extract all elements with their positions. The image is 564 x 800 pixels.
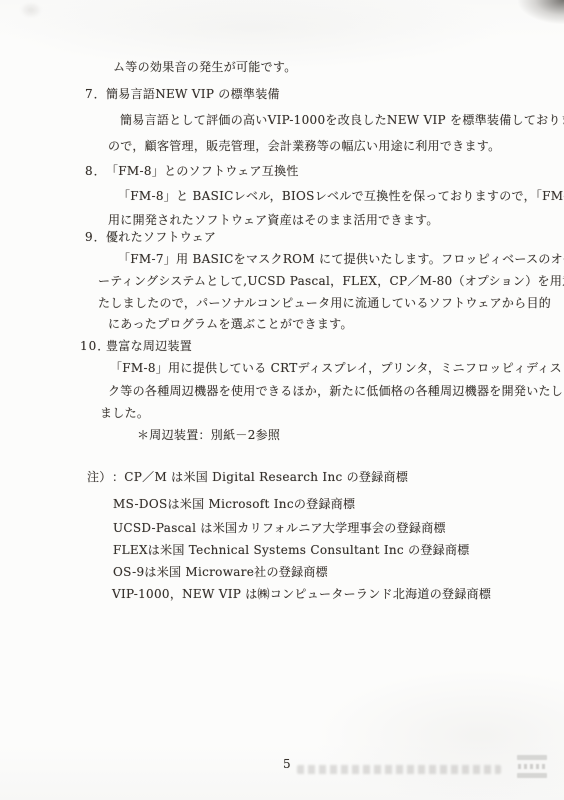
section-9-body-line: 「FM-7」用 BASICをマスクROM にて提供いたします。フロッピィベースの…	[118, 252, 564, 266]
section-8-body-line: 「FM-8」と BASICレベル，BIOSレベルで互換性を保っておりますので，「…	[118, 189, 564, 203]
section-7-number: 7．	[85, 87, 107, 101]
section-7-title: 簡易言語NEW VIP の標準装備	[106, 87, 280, 101]
section-10-body-line: ました。	[100, 406, 149, 420]
peripheral-reference-note: ＊周辺装置：別紙－2参照	[137, 428, 280, 442]
section-9-body-line: ーティングシステムとして,UCSD Pascal，FLEX，CP／M-80（オプ…	[98, 274, 564, 288]
trademark-line: UCSD-Pascal は米国カリフォルニア大学理事会の登録商標	[113, 521, 446, 535]
trademark-line: FLEXは米国 Technical Systems Consultant Inc…	[113, 543, 470, 557]
stamp-text-row	[518, 764, 546, 769]
trademark-line: MS-DOSは米国 Microsoft Incの登録商標	[113, 497, 355, 511]
section-7-body-line: ので，顧客管理，販売管理，会計業務等の幅広い用途に利用できます。	[108, 139, 500, 153]
section-10-body-line: 「FM-8」用に提供している CRTディスプレイ，プリンタ，ミニフロッピィディス	[110, 361, 562, 375]
section-9-number: 9．	[85, 230, 107, 244]
trademark-line: ：CP／M は米国 Digital Research Inc の登録商標	[112, 470, 408, 484]
section-8-body-line: 用に開発されたソフトウェア資産はそのまま活用できます。	[108, 213, 439, 227]
stamp-bar	[517, 773, 547, 778]
trademark-line: VIP-1000，NEW VIP は㈱コンピューターランド北海道の登録商標	[112, 587, 491, 601]
section-9-body-line: にあったプログラムを選ぶことができます。	[108, 317, 353, 331]
scan-smudge	[20, 2, 42, 18]
section-10-title: 豊富な周辺装置	[106, 339, 192, 353]
trademark-line: OS-9は米国 Microware社の登録商標	[113, 565, 328, 579]
section-7-body-line: 簡易言語として評価の高いVIP-1000を改良したNEW VIP を標準装備して…	[120, 113, 564, 127]
section-8-number: 8．	[85, 164, 107, 178]
stamp-bar	[517, 755, 547, 760]
scanned-document-page: ム等の効果音の発生が可能です。 7． 簡易言語NEW VIP の標準装備 簡易言…	[0, 0, 564, 800]
section-9-body-line: たしましたので，パーソナルコンピュータ用に流通しているソフトウェアから目的	[98, 296, 551, 310]
page-number: 5	[283, 757, 291, 771]
faint-ink-imprint	[297, 765, 501, 774]
section-9-title: 優れたソフトウェア	[106, 230, 216, 244]
scan-corner-smudge	[518, 0, 564, 24]
section-8-title: 「FM-8」とのソフトウェア互換性	[106, 164, 299, 178]
notes-label: 注）	[87, 470, 112, 484]
continuation-line: ム等の効果音の発生が可能です。	[113, 60, 297, 74]
section-10-body-line: ク等の各種周辺機器を使用できるほか，新たに低価格の各種周辺機器を開発いたし	[108, 384, 563, 398]
faint-edge-stamp	[517, 755, 547, 783]
